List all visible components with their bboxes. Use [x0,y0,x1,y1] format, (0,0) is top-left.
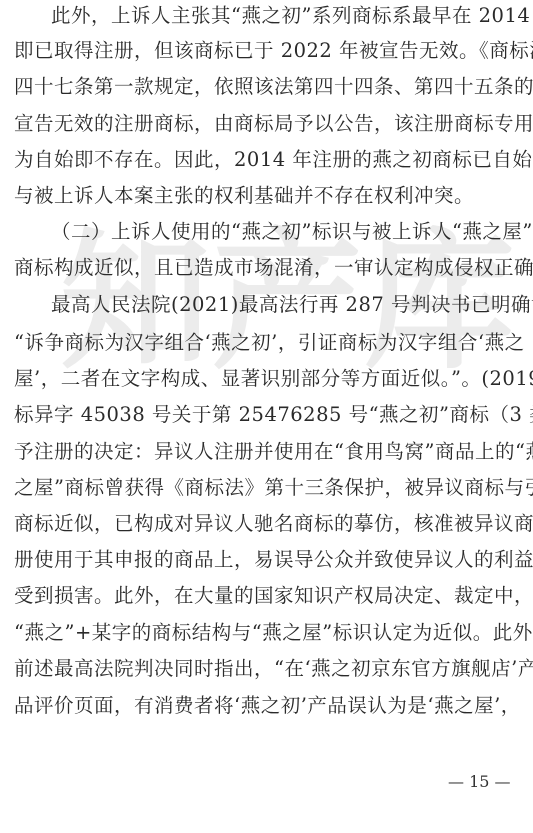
paragraph-3-line-2: “诉争商标为汉字组合‘燕之初’，引证商标为汉字组合‘燕之 [14,331,519,355]
paragraph-1-line-6: 与被上诉人本案主张的权利基础并不存在权利冲突。 [14,184,519,208]
paragraph-3-line-12: 品评价页面，有消费者将‘燕之初’产品误认为是‘燕之屋’， [14,694,519,718]
section-heading-line-2: 商标构成近似，且已造成市场混淆，一审认定构成侵权正确无误。 [14,256,519,280]
paragraph-3-line-10: “燕之”+某字的商标结构与“燕之屋”标识认定为近似。此外， [14,621,519,645]
paragraph-3-line-5: 予注册的决定：异议人注册并使用在“食用鸟窝”商品上的“燕 [14,440,519,464]
paragraph-3-line-6: 之屋”商标曾获得《商标法》第十三条保护，被异议商标与引证 [14,476,519,500]
paragraph-3-line-11: 前述最高法院判决同时指出，“在‘燕之初京东官方旗舰店’产 [14,657,519,681]
paragraph-1-line-5: 为自始即不存在。因此，2014 年注册的燕之初商标已自始无效， [14,148,519,172]
paragraph-3-line-4: 标异字 45038 号关于第 25476285 号“燕之初”商标（3 类）不 [14,403,519,427]
paragraph-3-line-9: 受到损害。此外，在大量的国家知识产权局决定、裁定中，亦将 [14,584,519,608]
section-heading-line-1: （二）上诉人使用的“燕之初”标识与被上诉人“燕之屋” [14,220,519,244]
paragraph-3-line-3: 屋’，二者在文字构成、显著识别部分等方面近似。”。(2019) 商 [14,367,519,391]
paragraph-1-line-1: 此外，上诉人主张其“燕之初”系列商标系最早在 2014 年 [14,4,519,28]
document-page: 知产库 此外，上诉人主张其“燕之初”系列商标系最早在 2014 年 即已取得注册… [0,0,533,833]
paragraph-1-line-2: 即已取得注册，但该商标已于 2022 年被宣告无效。《商标法》第 [14,39,519,63]
paragraph-3-line-7: 商标近似，已构成对异议人驰名商标的摹仿，核准被异议商标注 [14,512,519,536]
paragraph-1-line-4: 宣告无效的注册商标，由商标局予以公告，该注册商标专用权视 [14,112,519,136]
paragraph-3-line-8: 册使用于其申报的商品上，易误导公众并致使异议人的利益可能 [14,548,519,572]
page-number: — 15 — [448,772,511,791]
paragraph-1-line-3: 四十七条第一款规定，依照该法第四十四条、第四十五条的规定 [14,75,519,99]
paragraph-3-line-1: 最高人民法院(2021)最高法行再 287 号判决书已明确认定: [14,293,519,317]
